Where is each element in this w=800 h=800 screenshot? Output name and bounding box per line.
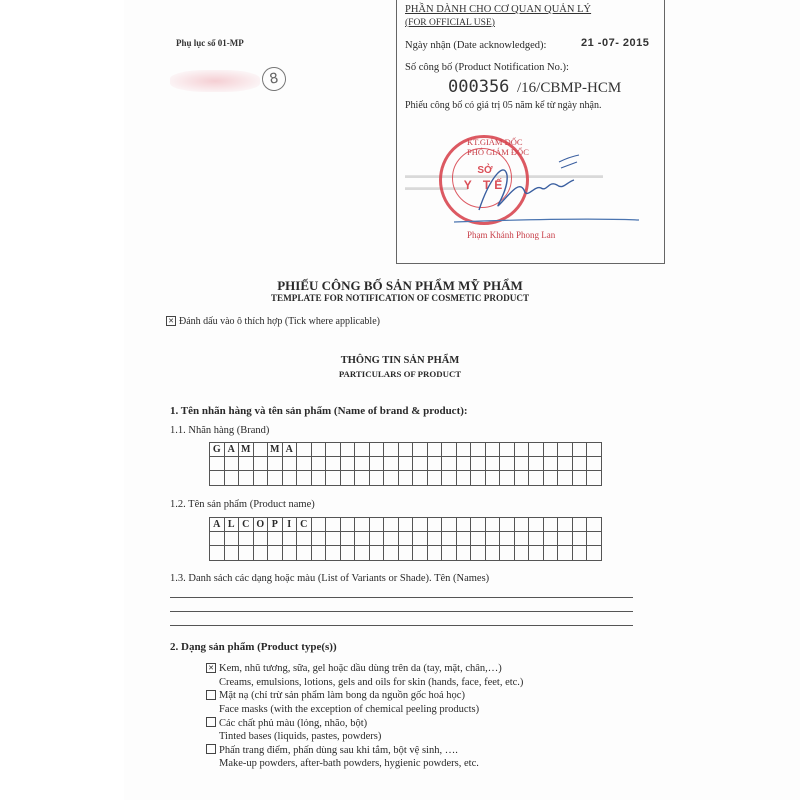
appendix-label: Phụ lục số 01-MP: [176, 38, 244, 48]
grid-cell[interactable]: G: [210, 443, 225, 457]
grid-cell[interactable]: [253, 546, 268, 560]
grid-cell[interactable]: [427, 457, 442, 471]
grid-cell[interactable]: [326, 471, 341, 485]
grid-cell[interactable]: [311, 443, 326, 457]
form-title-en: TEMPLATE FOR NOTIFICATION OF COSMETIC PR…: [0, 293, 800, 303]
grid-cell[interactable]: [297, 457, 312, 471]
grid-cell[interactable]: [384, 443, 399, 457]
grid-cell[interactable]: [297, 471, 312, 485]
grid-cell[interactable]: [340, 546, 355, 560]
grid-cell[interactable]: O: [253, 518, 268, 532]
question-2-label: 2. Dạng sản phẩm (Product type(s)): [170, 641, 337, 653]
grid-cell[interactable]: [398, 518, 413, 532]
red-ink-smudge: [170, 70, 260, 92]
product-type-item[interactable]: ✕Kem, nhũ tương, sữa, gel hoặc dầu dùng …: [206, 662, 523, 689]
grid-cell[interactable]: [398, 443, 413, 457]
grid-cell[interactable]: [456, 471, 471, 485]
notification-label: Số công bố (Product Notification No.):: [405, 62, 569, 73]
grid-cell[interactable]: [384, 546, 399, 560]
grid-cell[interactable]: [500, 518, 515, 532]
grid-cell[interactable]: [355, 546, 370, 560]
grid-cell[interactable]: [558, 518, 573, 532]
grid-cell[interactable]: [558, 546, 573, 560]
grid-row: GAMMA: [210, 443, 602, 457]
grid-cell[interactable]: [224, 471, 239, 485]
grid-cell[interactable]: [514, 518, 529, 532]
grid-cell[interactable]: [558, 532, 573, 546]
grid-cell[interactable]: [543, 518, 558, 532]
grid-cell[interactable]: [282, 532, 297, 546]
signer-name: Phạm Khánh Phong Lan: [467, 230, 555, 240]
grid-cell[interactable]: [456, 443, 471, 457]
grid-cell[interactable]: [471, 457, 486, 471]
grid-cell[interactable]: [471, 518, 486, 532]
grid-cell[interactable]: P: [268, 518, 283, 532]
grid-cell[interactable]: [268, 457, 283, 471]
grid-cell[interactable]: [239, 546, 254, 560]
grid-cell[interactable]: [514, 471, 529, 485]
grid-cell[interactable]: [340, 518, 355, 532]
notification-suffix: /16/CBMP-HCM: [517, 80, 621, 97]
grid-cell[interactable]: A: [210, 518, 225, 532]
grid-cell[interactable]: [543, 457, 558, 471]
grid-cell[interactable]: [413, 457, 428, 471]
checkbox-icon[interactable]: [206, 690, 216, 700]
grid-cell[interactable]: [413, 518, 428, 532]
grid-cell[interactable]: [253, 532, 268, 546]
grid-cell[interactable]: [543, 532, 558, 546]
grid-cell[interactable]: A: [224, 443, 239, 457]
grid-cell[interactable]: [413, 443, 428, 457]
grid-cell[interactable]: [442, 546, 457, 560]
grid-cell[interactable]: [456, 546, 471, 560]
grid-cell[interactable]: [369, 518, 384, 532]
grid-cell[interactable]: [210, 457, 225, 471]
grid-cell[interactable]: [485, 518, 500, 532]
grid-cell[interactable]: [239, 471, 254, 485]
grid-cell[interactable]: [326, 443, 341, 457]
grid-row: [210, 546, 602, 560]
checked-box-icon: ✕: [166, 316, 176, 326]
grid-cell[interactable]: [427, 443, 442, 457]
grid-cell[interactable]: [384, 532, 399, 546]
grid-cell[interactable]: A: [282, 443, 297, 457]
grid-cell[interactable]: [268, 532, 283, 546]
grid-cell[interactable]: [311, 471, 326, 485]
grid-cell[interactable]: L: [224, 518, 239, 532]
grid-cell[interactable]: [340, 443, 355, 457]
checked-box-icon[interactable]: ✕: [206, 663, 216, 673]
grid-cell[interactable]: [485, 532, 500, 546]
grid-cell[interactable]: [340, 532, 355, 546]
grid-cell[interactable]: [369, 457, 384, 471]
tick-note-text: Đánh dấu vào ô thích hợp (Tick where app…: [179, 316, 380, 327]
grid-cell[interactable]: [543, 471, 558, 485]
grid-cell[interactable]: [369, 443, 384, 457]
grid-cell[interactable]: [369, 532, 384, 546]
section-title-en: PARTICULARS OF PRODUCT: [0, 369, 800, 379]
notification-number: 000356: [448, 77, 509, 97]
grid-cell[interactable]: [485, 546, 500, 560]
grid-cell[interactable]: [326, 532, 341, 546]
grid-cell[interactable]: [572, 546, 587, 560]
grid-cell[interactable]: [398, 471, 413, 485]
grid-cell[interactable]: [587, 457, 602, 471]
product-type-item[interactable]: Phấn trang điểm, phấn dùng sau khi tắm, …: [206, 744, 479, 771]
grid-cell[interactable]: [442, 532, 457, 546]
official-use-box: PHẦN DÀNH CHO CƠ QUAN QUẢN LÝ (FOR OFFIC…: [396, 0, 665, 264]
product-type-item[interactable]: Các chất phủ màu (lỏng, nhão, bột)Tinted…: [206, 717, 381, 744]
grid-cell[interactable]: M: [268, 443, 283, 457]
grid-cell[interactable]: [253, 457, 268, 471]
grid-cell[interactable]: [326, 457, 341, 471]
grid-cell[interactable]: [210, 471, 225, 485]
grid-cell[interactable]: [558, 443, 573, 457]
grid-cell[interactable]: [471, 471, 486, 485]
product-type-vn: Mặt nạ (chỉ trừ sản phẩm làm bong da ngu…: [206, 689, 479, 703]
grid-cell[interactable]: [442, 518, 457, 532]
product-type-vn: Phấn trang điểm, phấn dùng sau khi tắm, …: [206, 744, 479, 758]
grid-cell[interactable]: [442, 471, 457, 485]
product-type-en: Face masks (with the exception of chemic…: [206, 703, 479, 717]
grid-cell[interactable]: [355, 457, 370, 471]
grid-cell[interactable]: [572, 471, 587, 485]
grid-cell[interactable]: [224, 546, 239, 560]
grid-cell[interactable]: [384, 471, 399, 485]
grid-cell[interactable]: [587, 546, 602, 560]
grid-cell[interactable]: [384, 457, 399, 471]
grid-cell[interactable]: [311, 546, 326, 560]
official-title-en: (FOR OFFICIAL USE): [405, 18, 495, 28]
grid-cell[interactable]: [514, 443, 529, 457]
grid-cell[interactable]: [398, 457, 413, 471]
grid-cell[interactable]: [442, 443, 457, 457]
grid-cell[interactable]: [224, 532, 239, 546]
grid-cell[interactable]: [456, 532, 471, 546]
grid-cell[interactable]: [311, 518, 326, 532]
grid-cell[interactable]: [384, 518, 399, 532]
grid-cell[interactable]: M: [239, 443, 254, 457]
grid-cell[interactable]: [253, 471, 268, 485]
grid-row: ALCOPIC: [210, 518, 602, 532]
grid-cell[interactable]: [224, 457, 239, 471]
grid-cell[interactable]: [500, 546, 515, 560]
variant-line[interactable]: [170, 611, 633, 612]
variant-line[interactable]: [170, 625, 633, 626]
product-type-en: Creams, emulsions, lotions, gels and oil…: [206, 676, 523, 690]
grid-cell[interactable]: [253, 443, 268, 457]
grid-cell[interactable]: [268, 546, 283, 560]
variant-line[interactable]: [170, 597, 633, 598]
grid-cell[interactable]: [572, 518, 587, 532]
product-name-grid[interactable]: ALCOPIC: [209, 517, 602, 561]
grid-cell[interactable]: [471, 546, 486, 560]
grid-cell[interactable]: [369, 471, 384, 485]
grid-cell[interactable]: [268, 471, 283, 485]
grid-row: [210, 471, 602, 485]
grid-cell[interactable]: [282, 471, 297, 485]
product-type-en: Tinted bases (liquids, pastes, powders): [206, 730, 381, 744]
grid-cell[interactable]: [355, 518, 370, 532]
grid-cell[interactable]: [587, 518, 602, 532]
grid-cell[interactable]: [529, 471, 544, 485]
grid-cell[interactable]: [500, 471, 515, 485]
checkbox-icon[interactable]: [206, 717, 216, 727]
product-type-vn: ✕Kem, nhũ tương, sữa, gel hoặc dầu dùng …: [206, 662, 523, 676]
grid-cell[interactable]: [529, 443, 544, 457]
grid-cell[interactable]: [282, 457, 297, 471]
grid-cell[interactable]: [413, 471, 428, 485]
grid-cell[interactable]: [500, 457, 515, 471]
grid-cell[interactable]: [398, 532, 413, 546]
product-type-en: Make-up powders, after-bath powders, hyg…: [206, 757, 479, 771]
question-1-label: 1. Tên nhãn hàng và tên sản phẩm (Name o…: [170, 405, 468, 417]
grid-cell[interactable]: [471, 532, 486, 546]
grid-cell[interactable]: [529, 518, 544, 532]
grid-cell[interactable]: [543, 546, 558, 560]
grid-cell[interactable]: [572, 457, 587, 471]
grid-cell[interactable]: [572, 532, 587, 546]
grid-cell[interactable]: [239, 532, 254, 546]
grid-cell[interactable]: [210, 532, 225, 546]
grid-cell[interactable]: [485, 457, 500, 471]
grid-cell[interactable]: [326, 546, 341, 560]
grid-cell[interactable]: [529, 546, 544, 560]
grid-cell[interactable]: C: [297, 518, 312, 532]
grid-cell[interactable]: [413, 532, 428, 546]
grid-cell[interactable]: [398, 546, 413, 560]
grid-cell[interactable]: [558, 471, 573, 485]
brand-label: 1.1. Nhãn hàng (Brand): [170, 425, 269, 436]
product-type-vn: Các chất phủ màu (lỏng, nhão, bột): [206, 717, 381, 731]
grid-cell[interactable]: [514, 532, 529, 546]
grid-cell[interactable]: [413, 546, 428, 560]
tick-instruction: ✕Đánh dấu vào ô thích hợp (Tick where ap…: [166, 316, 380, 327]
grid-cell[interactable]: C: [239, 518, 254, 532]
grid-cell[interactable]: [355, 471, 370, 485]
grid-cell[interactable]: [340, 471, 355, 485]
official-title-vn: PHẦN DÀNH CHO CƠ QUAN QUẢN LÝ: [405, 4, 591, 15]
form-title-vn: PHIẾU CÔNG BỐ SẢN PHẨM MỸ PHẨM: [0, 278, 800, 294]
grid-cell[interactable]: [427, 471, 442, 485]
grid-cell[interactable]: [543, 443, 558, 457]
grid-cell[interactable]: [514, 457, 529, 471]
product-type-item[interactable]: Mặt nạ (chỉ trừ sản phẩm làm bong da ngu…: [206, 689, 479, 716]
grid-cell[interactable]: [572, 443, 587, 457]
grid-cell[interactable]: [514, 546, 529, 560]
grid-cell[interactable]: [239, 457, 254, 471]
grid-cell[interactable]: [558, 457, 573, 471]
grid-cell[interactable]: [529, 532, 544, 546]
grid-cell[interactable]: [485, 443, 500, 457]
grid-cell[interactable]: [297, 443, 312, 457]
section-title-vn: THÔNG TIN SẢN PHẨM: [0, 355, 800, 366]
grid-cell[interactable]: [355, 443, 370, 457]
grid-row: [210, 457, 602, 471]
grid-cell[interactable]: [456, 457, 471, 471]
grid-cell[interactable]: [369, 546, 384, 560]
grid-cell[interactable]: [297, 532, 312, 546]
grid-cell[interactable]: [587, 532, 602, 546]
variants-label: 1.3. Danh sách các dạng hoặc màu (List o…: [170, 573, 489, 584]
grid-cell[interactable]: [340, 457, 355, 471]
grid-row: [210, 532, 602, 546]
grid-cell[interactable]: [210, 546, 225, 560]
grid-cell[interactable]: I: [282, 518, 297, 532]
brand-grid[interactable]: GAMMA: [209, 442, 602, 486]
grid-cell[interactable]: [471, 443, 486, 457]
grid-cell[interactable]: [587, 471, 602, 485]
grid-cell[interactable]: [442, 457, 457, 471]
grid-cell[interactable]: [297, 546, 312, 560]
grid-cell[interactable]: [456, 518, 471, 532]
checkbox-icon[interactable]: [206, 744, 216, 754]
grid-cell[interactable]: [326, 518, 341, 532]
grid-cell[interactable]: [587, 443, 602, 457]
grid-cell[interactable]: [355, 532, 370, 546]
validity-note: Phiếu công bố có giá trị 05 năm kể từ ng…: [405, 100, 602, 111]
grid-cell[interactable]: [529, 457, 544, 471]
date-value: 21 -07- 2015: [581, 37, 649, 49]
grid-cell[interactable]: [427, 518, 442, 532]
left-margin: [0, 0, 124, 800]
grid-cell[interactable]: [427, 532, 442, 546]
grid-cell[interactable]: [427, 546, 442, 560]
product-name-label: 1.2. Tên sản phẩm (Product name): [170, 499, 315, 510]
grid-cell[interactable]: [500, 443, 515, 457]
grid-cell[interactable]: [311, 532, 326, 546]
grid-cell[interactable]: [311, 457, 326, 471]
date-label: Ngày nhận (Date acknowledged):: [405, 40, 546, 51]
signature-icon: [449, 150, 649, 230]
grid-cell[interactable]: [500, 532, 515, 546]
grid-cell[interactable]: [282, 546, 297, 560]
grid-cell[interactable]: [485, 471, 500, 485]
